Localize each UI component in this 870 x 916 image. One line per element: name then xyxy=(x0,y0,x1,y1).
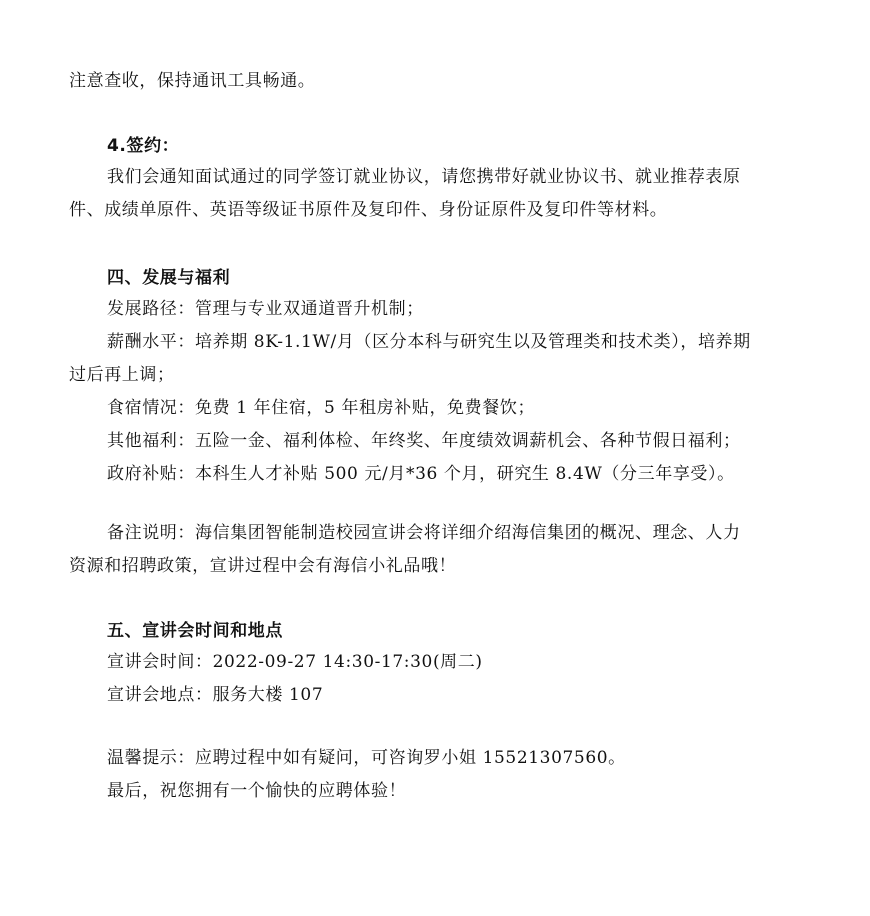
salary-text-line2: 过后再上调； xyxy=(69,364,175,386)
signing-body-line2: 件、成绩单原件、英语等级证书原件及复印件、身份证原件及复印件等材料。 xyxy=(69,199,667,221)
remark-line1: 备注说明：海信集团智能制造校园宣讲会将详细介绍海信集团的概况、理念、人力 xyxy=(107,522,741,544)
signing-body-line1: 我们会通知面试通过的同学签订就业协议，请您携带好就业协议书、就业推荐表原 xyxy=(107,166,741,188)
remark-line2: 资源和招聘政策，宣讲过程中会有海信小礼品哦！ xyxy=(69,555,456,577)
closing-wish-text: 最后，祝您拥有一个愉快的应聘体验！ xyxy=(107,780,406,802)
intro-tail-text: 注意查收，保持通讯工具畅通。 xyxy=(69,70,315,92)
signing-heading: 4.签约： xyxy=(107,135,179,157)
other-benefits-text: 其他福利：五险一金、福利体检、年终奖、年度绩效调薪机会、各种节假日福利； xyxy=(107,430,741,452)
session-time-text: 宣讲会时间：2022-09-27 14:30-17:30(周二) xyxy=(107,651,483,673)
subsidy-text: 政府补贴：本科生人才补贴 500 元/月*36 个月，研究生 8.4W（分三年享… xyxy=(107,463,735,485)
career-path-text: 发展路径：管理与专业双通道晋升机制； xyxy=(107,298,424,320)
contact-tip-text: 温馨提示：应聘过程中如有疑问，可咨询罗小姐 15521307560。 xyxy=(107,747,626,769)
section4-heading: 四、发展与福利 xyxy=(107,267,230,289)
section5-heading: 五、宣讲会时间和地点 xyxy=(107,620,283,642)
session-place-text: 宣讲会地点：服务大楼 107 xyxy=(107,684,323,706)
document-page: 注意查收，保持通讯工具畅通。 4.签约： 我们会通知面试通过的同学签订就业协议，… xyxy=(0,0,870,916)
salary-text-line1: 薪酬水平：培养期 8K-1.1W/月（区分本科与研究生以及管理类和技术类），培养… xyxy=(107,331,751,353)
housing-text: 食宿情况：免费 1 年住宿，5 年租房补贴，免费餐饮； xyxy=(107,397,535,419)
